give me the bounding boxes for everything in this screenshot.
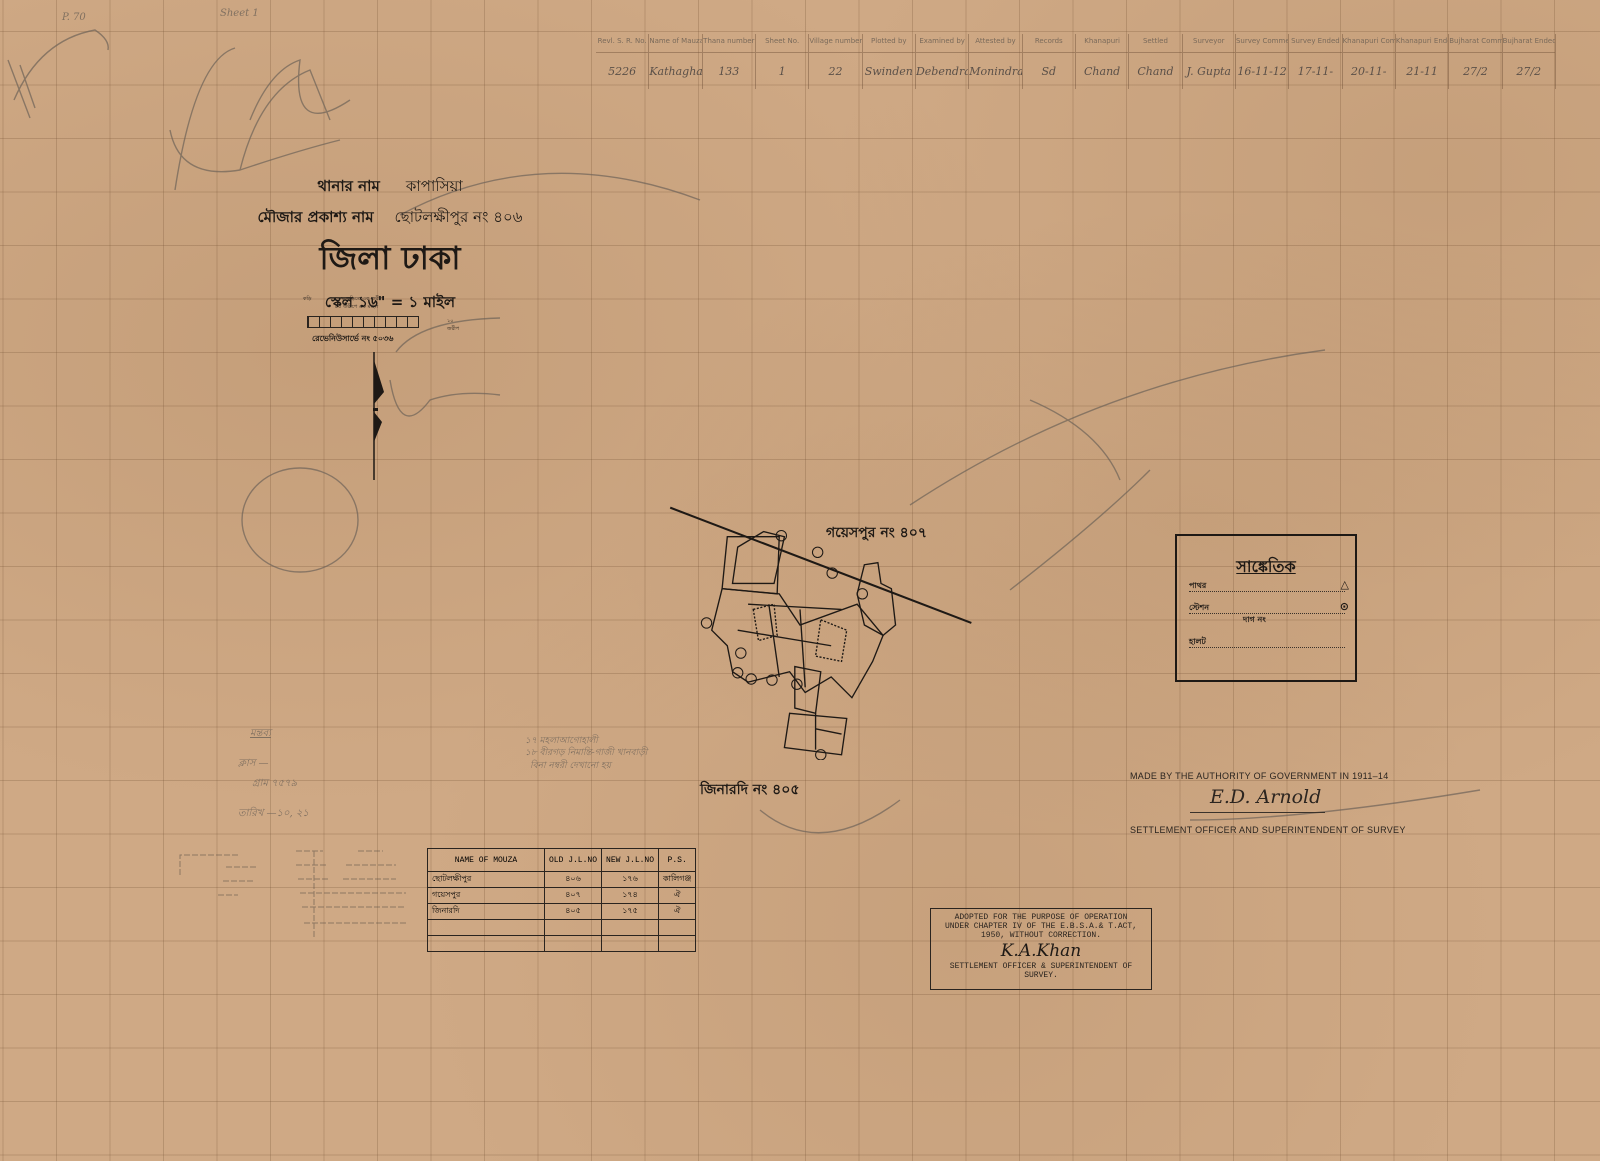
stamp-line: SURVEY. [931, 971, 1151, 980]
mouza-cell: ১৭৪ [602, 888, 659, 904]
mouza-cell [659, 936, 696, 952]
legend-label: হালট [1189, 637, 1206, 646]
register-cell: J. Gupta [1183, 53, 1236, 89]
mouza-cell: ১৭৬ [602, 872, 659, 888]
register-header-cell: Khanapuri Commenced [1343, 34, 1396, 52]
station-circle-icon: ⊙ [1340, 600, 1349, 613]
signature-line [1190, 812, 1325, 813]
mouza-header-old-jl: OLD J.L.NO [545, 849, 602, 872]
register-header-cell: Sheet No. [756, 34, 809, 52]
register-cell: Sd [1023, 53, 1076, 89]
authority-title: SETTLEMENT OFFICER AND SUPERINTENDENT OF… [1130, 825, 1406, 835]
legend-label: স্টেশন [1189, 603, 1209, 612]
register-header-cell: Plotted by [863, 34, 916, 52]
register-cell: 17-11- [1289, 53, 1342, 89]
scale-right-label: ১০ জরীপ [447, 318, 459, 334]
mouza-cell [545, 936, 602, 952]
legend-box: সাঙ্কেতিক পাথর △ স্টেশন ⊙ দাগ নং হালট [1175, 534, 1357, 682]
mouza-cell: ঐ [659, 904, 696, 920]
map-title-block: থানার নাম কাপাসিয়া মৌজার প্রকাশ্য নাম ছ… [230, 175, 550, 316]
register-header-cell: Bujharat Ended [1503, 34, 1556, 52]
mouza-cell: গয়েসপুর [428, 888, 545, 904]
legend-title: সাঙ্কেতিক [1177, 554, 1355, 581]
mouza-table-row: ছোটলক্ষীপুর ৪০৬ ১৭৬ কালিগঞ্জ [428, 872, 696, 888]
register-header: Revl. S. R. No. Name of Mauza Thana numb… [596, 34, 1556, 53]
register-header-cell: Khanapuri Ended [1396, 34, 1449, 52]
register-cell: 16-11-12 [1236, 53, 1289, 89]
register-cell: Chand [1076, 53, 1129, 89]
register-header-cell: Khanapuri [1076, 34, 1129, 52]
mouza-cell: ঐ [659, 888, 696, 904]
mouza-label: মৌজার প্রকাশ্য নাম [258, 208, 374, 226]
stamp-signature: K.A.Khan [931, 940, 1151, 962]
scale-line-1: ১০০ কড়িতে এক জরীপ [307, 296, 457, 304]
mouza-line: মৌজার প্রকাশ্য নাম ছোটলক্ষীপুর নং ৪০৬ [230, 206, 550, 231]
mouza-cell [428, 920, 545, 936]
register-header-cell: Examined by [916, 34, 969, 52]
register-cell: 22 [809, 53, 862, 89]
mouza-header-ps: P.S. [659, 849, 696, 872]
register-header-cell: Survey Ended [1289, 34, 1342, 52]
mouza-cell [602, 936, 659, 952]
register-cell: Monindra [969, 53, 1022, 89]
stamp-line: ADOPTED FOR THE PURPOSE OF OPERATION [931, 913, 1151, 922]
mouza-cell [428, 936, 545, 952]
pencil-note-3: বিনা নম্বরী দেখানো হয় [530, 758, 611, 773]
triangle-icon: △ [1341, 578, 1349, 591]
scale-bar-graphic [307, 316, 419, 328]
pencil-left-2: ক্লাস — [238, 756, 269, 773]
pencil-left-4: তারিখ —১০, ২১ [238, 806, 309, 823]
register-header-cell: Survey Commenced [1236, 34, 1289, 52]
authority-signature: E.D. Arnold [1210, 786, 1321, 808]
mouza-table-header: NAME OF MOUZA OLD J.L.NO NEW J.L.NO P.S. [428, 849, 696, 872]
mouza-cell [602, 920, 659, 936]
register-header-cell: Village number [809, 34, 862, 52]
pencil-left-3: গ্রাম ৭৫৭৯ [252, 776, 297, 793]
cadastral-map-sheet: P. 70 Sheet 1 Revl. S. R. No. Name of Ma… [0, 0, 1600, 1161]
mouza-cell: ৪০৫ [545, 904, 602, 920]
thana-value: কাপাসিয়া [406, 177, 463, 195]
faint-blank-form [178, 845, 408, 940]
mouza-cell [659, 920, 696, 936]
north-arrow-icon [372, 352, 392, 480]
mouza-table-row [428, 920, 696, 936]
mouza-table-row [428, 936, 696, 952]
register-cell: 27/2 [1503, 53, 1556, 89]
scale-left-label: কড়ি [303, 296, 312, 304]
mouza-cell: ১৭৫ [602, 904, 659, 920]
stamp-line: UNDER CHAPTER IV OF THE E.B.S.A.& T.ACT, [931, 922, 1151, 931]
mouza-value: ছোটলক্ষীপুর নং ৪০৬ [395, 208, 523, 226]
register-header-cell: Name of Mauza [649, 34, 702, 52]
scale-bar: ১০০ কড়িতে এক জরীপ ৮০ জরীপে এক মাইল কড়ি… [307, 296, 457, 328]
register-header-cell: Surveyor [1183, 34, 1236, 52]
pencil-left-1: মন্তব্য [250, 726, 271, 743]
mouza-cell: কালিগঞ্জ [659, 872, 696, 888]
mouza-table-row: গয়েসপুর ৪০৭ ১৭৪ ঐ [428, 888, 696, 904]
stamp-line: SETTLEMENT OFFICER & SUPERINTENDENT OF [931, 962, 1151, 971]
mouza-header-name: NAME OF MOUZA [428, 849, 545, 872]
register-cell: 1 [756, 53, 809, 89]
thana-label: থানার নাম [317, 177, 379, 195]
register-cell: Kathaghar [649, 53, 702, 89]
stamp-line: 1950, WITHOUT CORRECTION. [931, 931, 1151, 940]
mouza-cell [545, 920, 602, 936]
register-cell: 21-11 [1396, 53, 1449, 89]
register-cell: 20-11- [1343, 53, 1396, 89]
authority-statement: MADE BY THE AUTHORITY OF GOVERNMENT IN 1… [1130, 771, 1389, 781]
legend-item-stone: পাথর △ [1189, 580, 1345, 592]
register-cell: Swinden [863, 53, 916, 89]
legend-item-halot: হালট [1189, 636, 1345, 648]
register-header-cell: Attested by [969, 34, 1022, 52]
register-header-cell: Revl. S. R. No. [596, 34, 649, 52]
legend-item-station: স্টেশন ⊙ [1189, 602, 1345, 614]
mouza-table: NAME OF MOUZA OLD J.L.NO NEW J.L.NO P.S.… [427, 848, 696, 952]
adoption-stamp: ADOPTED FOR THE PURPOSE OF OPERATION UND… [930, 908, 1152, 990]
district-title: জিলা ঢাকা [230, 233, 550, 287]
register-header-cell: Bujharat Commenced [1449, 34, 1502, 52]
register-cell: Debendra [916, 53, 969, 89]
mouza-table-row: জিনারদি ৪০৫ ১৭৫ ঐ [428, 904, 696, 920]
survey-register-table: Revl. S. R. No. Name of Mauza Thana numb… [596, 34, 1556, 92]
north-village-label: গয়েসপুর নং ৪০৭ [826, 521, 927, 545]
register-cell: 27/2 [1449, 53, 1502, 89]
register-cell: 5226 [596, 53, 649, 89]
legend-label: পাথর [1189, 581, 1206, 590]
register-header-cell: Thana number [703, 34, 756, 52]
south-village-label: জিনারদি নং ৪০৫ [700, 778, 799, 802]
register-cell: Chand [1129, 53, 1182, 89]
legend-plot-number-label: দাগ নং [1243, 614, 1266, 627]
mouza-cell: ৪০৬ [545, 872, 602, 888]
revenue-survey-number: রেভেনিউসার্ভে নং ৫০৩৬ [312, 333, 393, 346]
register-header-cell: Records [1023, 34, 1076, 52]
register-cell: 133 [703, 53, 756, 89]
thana-line: থানার নাম কাপাসিয়া [230, 175, 550, 200]
scale-line-2: ৮০ জরীপে এক মাইল [307, 304, 457, 312]
mouza-cell: ৪০৭ [545, 888, 602, 904]
register-row: 5226 Kathaghar 133 1 22 Swinden Debendra… [596, 53, 1556, 89]
mouza-header-new-jl: NEW J.L.NO [602, 849, 659, 872]
mouza-cell: জিনারদি [428, 904, 545, 920]
mouza-cell: ছোটলক্ষীপুর [428, 872, 545, 888]
register-header-cell: Settled [1129, 34, 1182, 52]
